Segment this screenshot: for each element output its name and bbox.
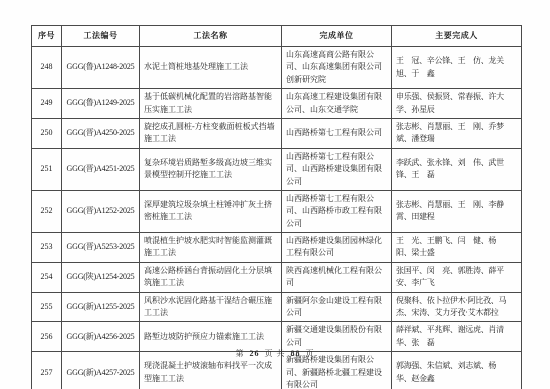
methods-table-body: 248 GGG(鲁)A1248-2025 水泥土筒桩地基处理施工工法 山东高速高… [32,47,522,389]
table-row: 248 GGG(鲁)A1248-2025 水泥土筒桩地基处理施工工法 山东高速高… [32,47,522,89]
cell-serial-number: 249 [32,89,62,119]
cell-serial-number: 251 [32,148,62,190]
cell-completing-unit: 山西路桥建设集团园林绿化工程有限公司 [282,233,392,263]
footer-label-ye1: 页 [265,349,274,358]
header-completing-unit: 完成单位 [282,26,392,47]
cell-completing-unit: 山东高速工程建设集团有限公司、山东交通学院 [282,89,392,119]
cell-method-name: 喷混植生护坡水肥实时智能监测灌溉施工工法 [140,233,282,263]
footer-page-number: 26 [248,349,262,358]
table-row: 253 GGG(晋)A5253-2025 喷混植生护坡水肥实时智能监测灌溉施工工… [32,233,522,263]
page-footer: 第 26 页 共 88 页 [0,348,550,359]
cell-serial-number: 248 [32,47,62,89]
cell-method-code: GGG(晋)A1252-2025 [62,190,140,232]
cell-method-code: GGG(鲁)A1249-2025 [62,89,140,119]
cell-method-name: 深厚建筑垃圾杂填土柱锤冲扩灰土挤密桩施工工法 [140,190,282,232]
cell-serial-number: 252 [32,190,62,232]
cell-main-contributors: 李跃武、张永锋、刘 伟、武世锋、王 磊 [392,148,522,190]
table-row: 254 GGG(陕)A1254-2025 高速公路桥涵台背振动固化土分层填筑施工… [32,262,522,292]
cell-serial-number: 254 [32,262,62,292]
cell-completing-unit: 山西路桥第七工程有限公司、山西路桥建设集团有限公司 [282,148,392,190]
cell-serial-number: 255 [32,292,62,322]
header-method-name: 工法名称 [140,26,282,47]
cell-main-contributors: 张志彬、肖慧丽、王 刚、乔梦斌、潘登瑞 [392,118,522,148]
cell-serial-number: 253 [32,233,62,263]
table-row: 255 GGG(新)A1255-2025 风积沙水泥固化路基干湿结合碾压施工工法… [32,292,522,322]
cell-method-name: 基于低碳机械化配置的岩溶路基智能压实施工工法 [140,89,282,119]
cell-main-contributors: 王 光、王鹏飞、闫 健、杨 阳、梁士盛 [392,233,522,263]
cell-method-code: GGG(晋)A4251-2025 [62,148,140,190]
table-row: 249 GGG(鲁)A1249-2025 基于低碳机械化配置的岩溶路基智能压实施… [32,89,522,119]
cell-method-code: GGG(陕)A1254-2025 [62,262,140,292]
cell-main-contributors: 张国平、闵 亮、郭胜涛、薛平安、李广飞 [392,262,522,292]
header-main-contributors: 主要完成人 [392,26,522,47]
header-method-code: 工法编号 [62,26,140,47]
cell-main-contributors: 倪聚科、依卜拉伊木·阿比孜、马 杰、宋涛、艾力牙孜·艾木都拉 [392,292,522,322]
cell-method-code: GGG(新)A1255-2025 [62,292,140,322]
cell-method-code: GGG(晋)A5253-2025 [62,233,140,263]
cell-completing-unit: 新疆阿尔金山建设工程有限公司 [282,292,392,322]
cell-method-name: 高速公路桥涵台背振动固化土分层填筑施工工法 [140,262,282,292]
cell-method-code: GGG(晋)A4250-2025 [62,118,140,148]
cell-serial-number: 250 [32,118,62,148]
cell-completing-unit: 山西路桥第七工程有限公司 [282,118,392,148]
cell-main-contributors: 张志彬、肖慧丽、王 刚、李静霄、田建程 [392,190,522,232]
table-row: 252 GGG(晋)A1252-2025 深厚建筑垃圾杂填土柱锤冲扩灰土挤密桩施… [32,190,522,232]
cell-main-contributors: 申乐强、侯振贤、常春振、许大学、孙星辰 [392,89,522,119]
footer-total-pages: 88 [289,349,303,358]
cell-method-name: 旋挖成孔圆桩-方柱变截面桩板式挡墙施工工法 [140,118,282,148]
header-serial-number: 序号 [32,26,62,47]
cell-main-contributors: 王 冠、辛公锋、王 仿、龙关旭、于 鑫 [392,47,522,89]
table-row: 251 GGG(晋)A4251-2025 复杂环境岩质路堑多级高边坡三维实景模型… [32,148,522,190]
document-page: 序号 工法编号 工法名称 完成单位 主要完成人 248 GGG(鲁)A1248-… [0,0,550,389]
footer-label-gong: 共 [277,349,286,358]
table-row: 250 GGG(晋)A4250-2025 旋挖成孔圆桩-方柱变截面桩板式挡墙施工… [32,118,522,148]
cell-completing-unit: 陕西高速机械化工程有限公司 [282,262,392,292]
cell-method-name: 复杂环境岩质路堑多级高边坡三维实景模型控制开挖施工工法 [140,148,282,190]
construction-methods-table: 序号 工法编号 工法名称 完成单位 主要完成人 248 GGG(鲁)A1248-… [31,25,522,389]
cell-method-name: 水泥土筒桩地基处理施工工法 [140,47,282,89]
cell-method-code: GGG(鲁)A1248-2025 [62,47,140,89]
cell-completing-unit: 山东高速高商公路有限公司、山东高速集团有限公司创新研究院 [282,47,392,89]
footer-label-ye2: 页 [306,349,315,358]
cell-method-name: 风积沙水泥固化路基干湿结合碾压施工工法 [140,292,282,322]
table-header-row: 序号 工法编号 工法名称 完成单位 主要完成人 [32,26,522,47]
footer-label-prefix: 第 [236,349,245,358]
cell-completing-unit: 山西路桥第七工程有限公司、山西路桥市政工程有限公司 [282,190,392,232]
